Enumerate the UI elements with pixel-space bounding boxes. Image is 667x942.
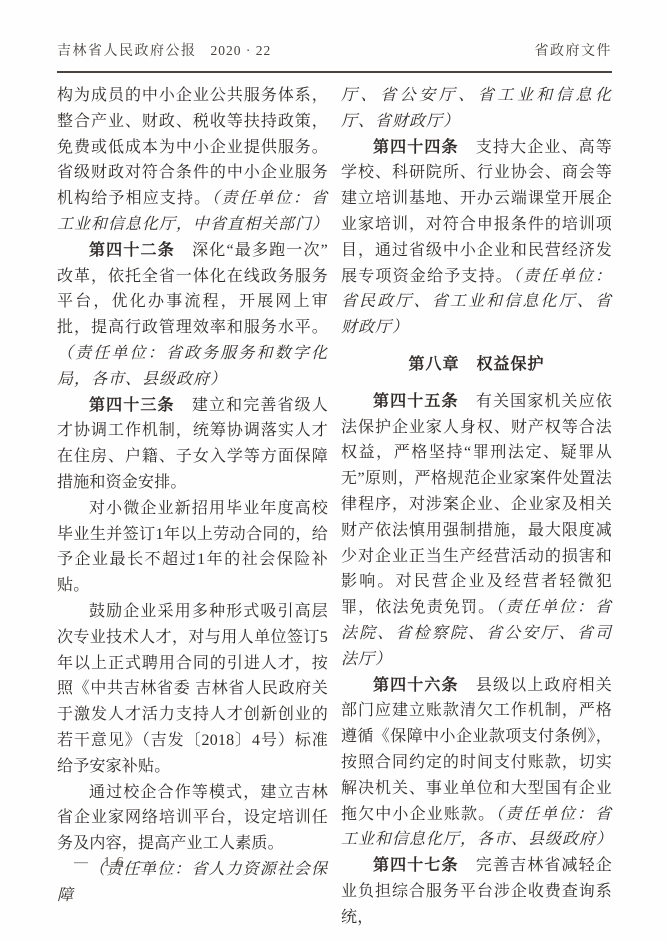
paragraph: 通过校企合作等模式，建立吉林省企业家网络培训平台，设定培训任务及内容，提高产业工… (57, 780, 328, 857)
body-text: 鼓励企业采用多种形式吸引高层次专业技术人才，对与用人单位签订5年以上正式聘用合同… (57, 603, 328, 775)
paragraph: 第四十二条 深化“最多跑一次”改革，依托全省一体化在线政务服务平台，优化办事流程… (57, 238, 328, 393)
article-number: 第四十七条 (373, 857, 459, 874)
section-label: 省政府文件 (535, 40, 613, 60)
paragraph: 第四十六条 县级以上政府相关部门应建立账款清欠工作机制，严格遵循《保障中小企业款… (341, 673, 612, 854)
page-number: — 16 — (74, 855, 159, 871)
header-left: 吉林省人民政府公报 2020 · 22 (57, 40, 271, 60)
body-text: 对小微企业新招用毕业年度高校毕业生并签订1年以上劳动合同的，给予企业最长不超过1… (57, 500, 328, 594)
chapter-heading: 第八章 权益保护 (341, 352, 612, 378)
paragraph: 第四十七条 完善吉林省减轻企业负担综合服务平台涉企收费查询系统， (341, 853, 612, 930)
body-text: 通过校企合作等模式，建立吉林省企业家网络培训平台，设定培训任务及内容，提高产业工… (57, 784, 328, 853)
gazette-page: 吉林省人民政府公报 2020 · 22 省政府文件 构为成员的中小企业公共服务体… (0, 0, 667, 942)
column-right: 厅、省公安厅、省工业和信息化厅、省财政厅）第四十四条 支持大企业、高等学校、科研… (341, 83, 612, 931)
paragraph: 厅、省公安厅、省工业和信息化厅、省财政厅） (341, 83, 612, 135)
paragraph: 鼓励企业采用多种形式吸引高层次专业技术人才，对与用人单位签订5年以上正式聘用合同… (57, 599, 328, 780)
article-number: 第四十三条 (89, 397, 175, 414)
paragraph: 第四十四条 支持大企业、高等学校、科研院所、行业协会、商会等建立培训基地、开办云… (341, 135, 612, 341)
article-number: 第四十六条 (373, 677, 459, 694)
publication-title: 吉林省人民政府公报 (57, 40, 197, 60)
body-text: 县级以上政府相关部门应建立账款清欠工作机制，严格遵循《保障中小企业款项支付条例》… (341, 677, 612, 823)
paragraph: 构为成员的中小企业公共服务体系，整合产业、财政、税收等扶持政策，免费或低成本为中… (57, 83, 328, 238)
page-header: 吉林省人民政府公报 2020 · 22 省政府文件 (57, 40, 612, 73)
paragraph: 第四十三条 建立和完善省级人才协调工作机制，统筹协调落实人才在住房、户籍、子女入… (57, 393, 328, 496)
article-number: 第四十五条 (373, 393, 459, 410)
article-number: 第八章 权益保护 (408, 356, 544, 373)
issue-number: 2020 · 22 (211, 43, 272, 59)
article-number: 第四十二条 (89, 242, 175, 259)
responsibility-note: （责任单位：省政务服务和数字化局，各市、县级政府） (57, 345, 328, 388)
body-text: 有关国家机关应依法保护企业家人身权、财产权等合法权益，严格坚持“罪刑法定、疑罪从… (341, 393, 612, 616)
paragraph: 第四十五条 有关国家机关应依法保护企业家人身权、财产权等合法权益，严格坚持“罪刑… (341, 389, 612, 673)
column-left: 构为成员的中小企业公共服务体系，整合产业、财政、税收等扶持政策，免费或低成本为中… (57, 83, 328, 931)
article-number: 第四十四条 (373, 139, 459, 156)
paragraph: 对小微企业新招用毕业年度高校毕业生并签订1年以上劳动合同的，给予企业最长不超过1… (57, 496, 328, 599)
body-text: 支持大企业、高等学校、科研院所、行业协会、商会等建立培训基地、开办云端课堂开展企… (341, 139, 612, 285)
text-columns: 构为成员的中小企业公共服务体系，整合产业、财政、税收等扶持政策，免费或低成本为中… (57, 83, 612, 931)
responsibility-note: 厅、省公安厅、省工业和信息化厅、省财政厅） (341, 87, 612, 130)
